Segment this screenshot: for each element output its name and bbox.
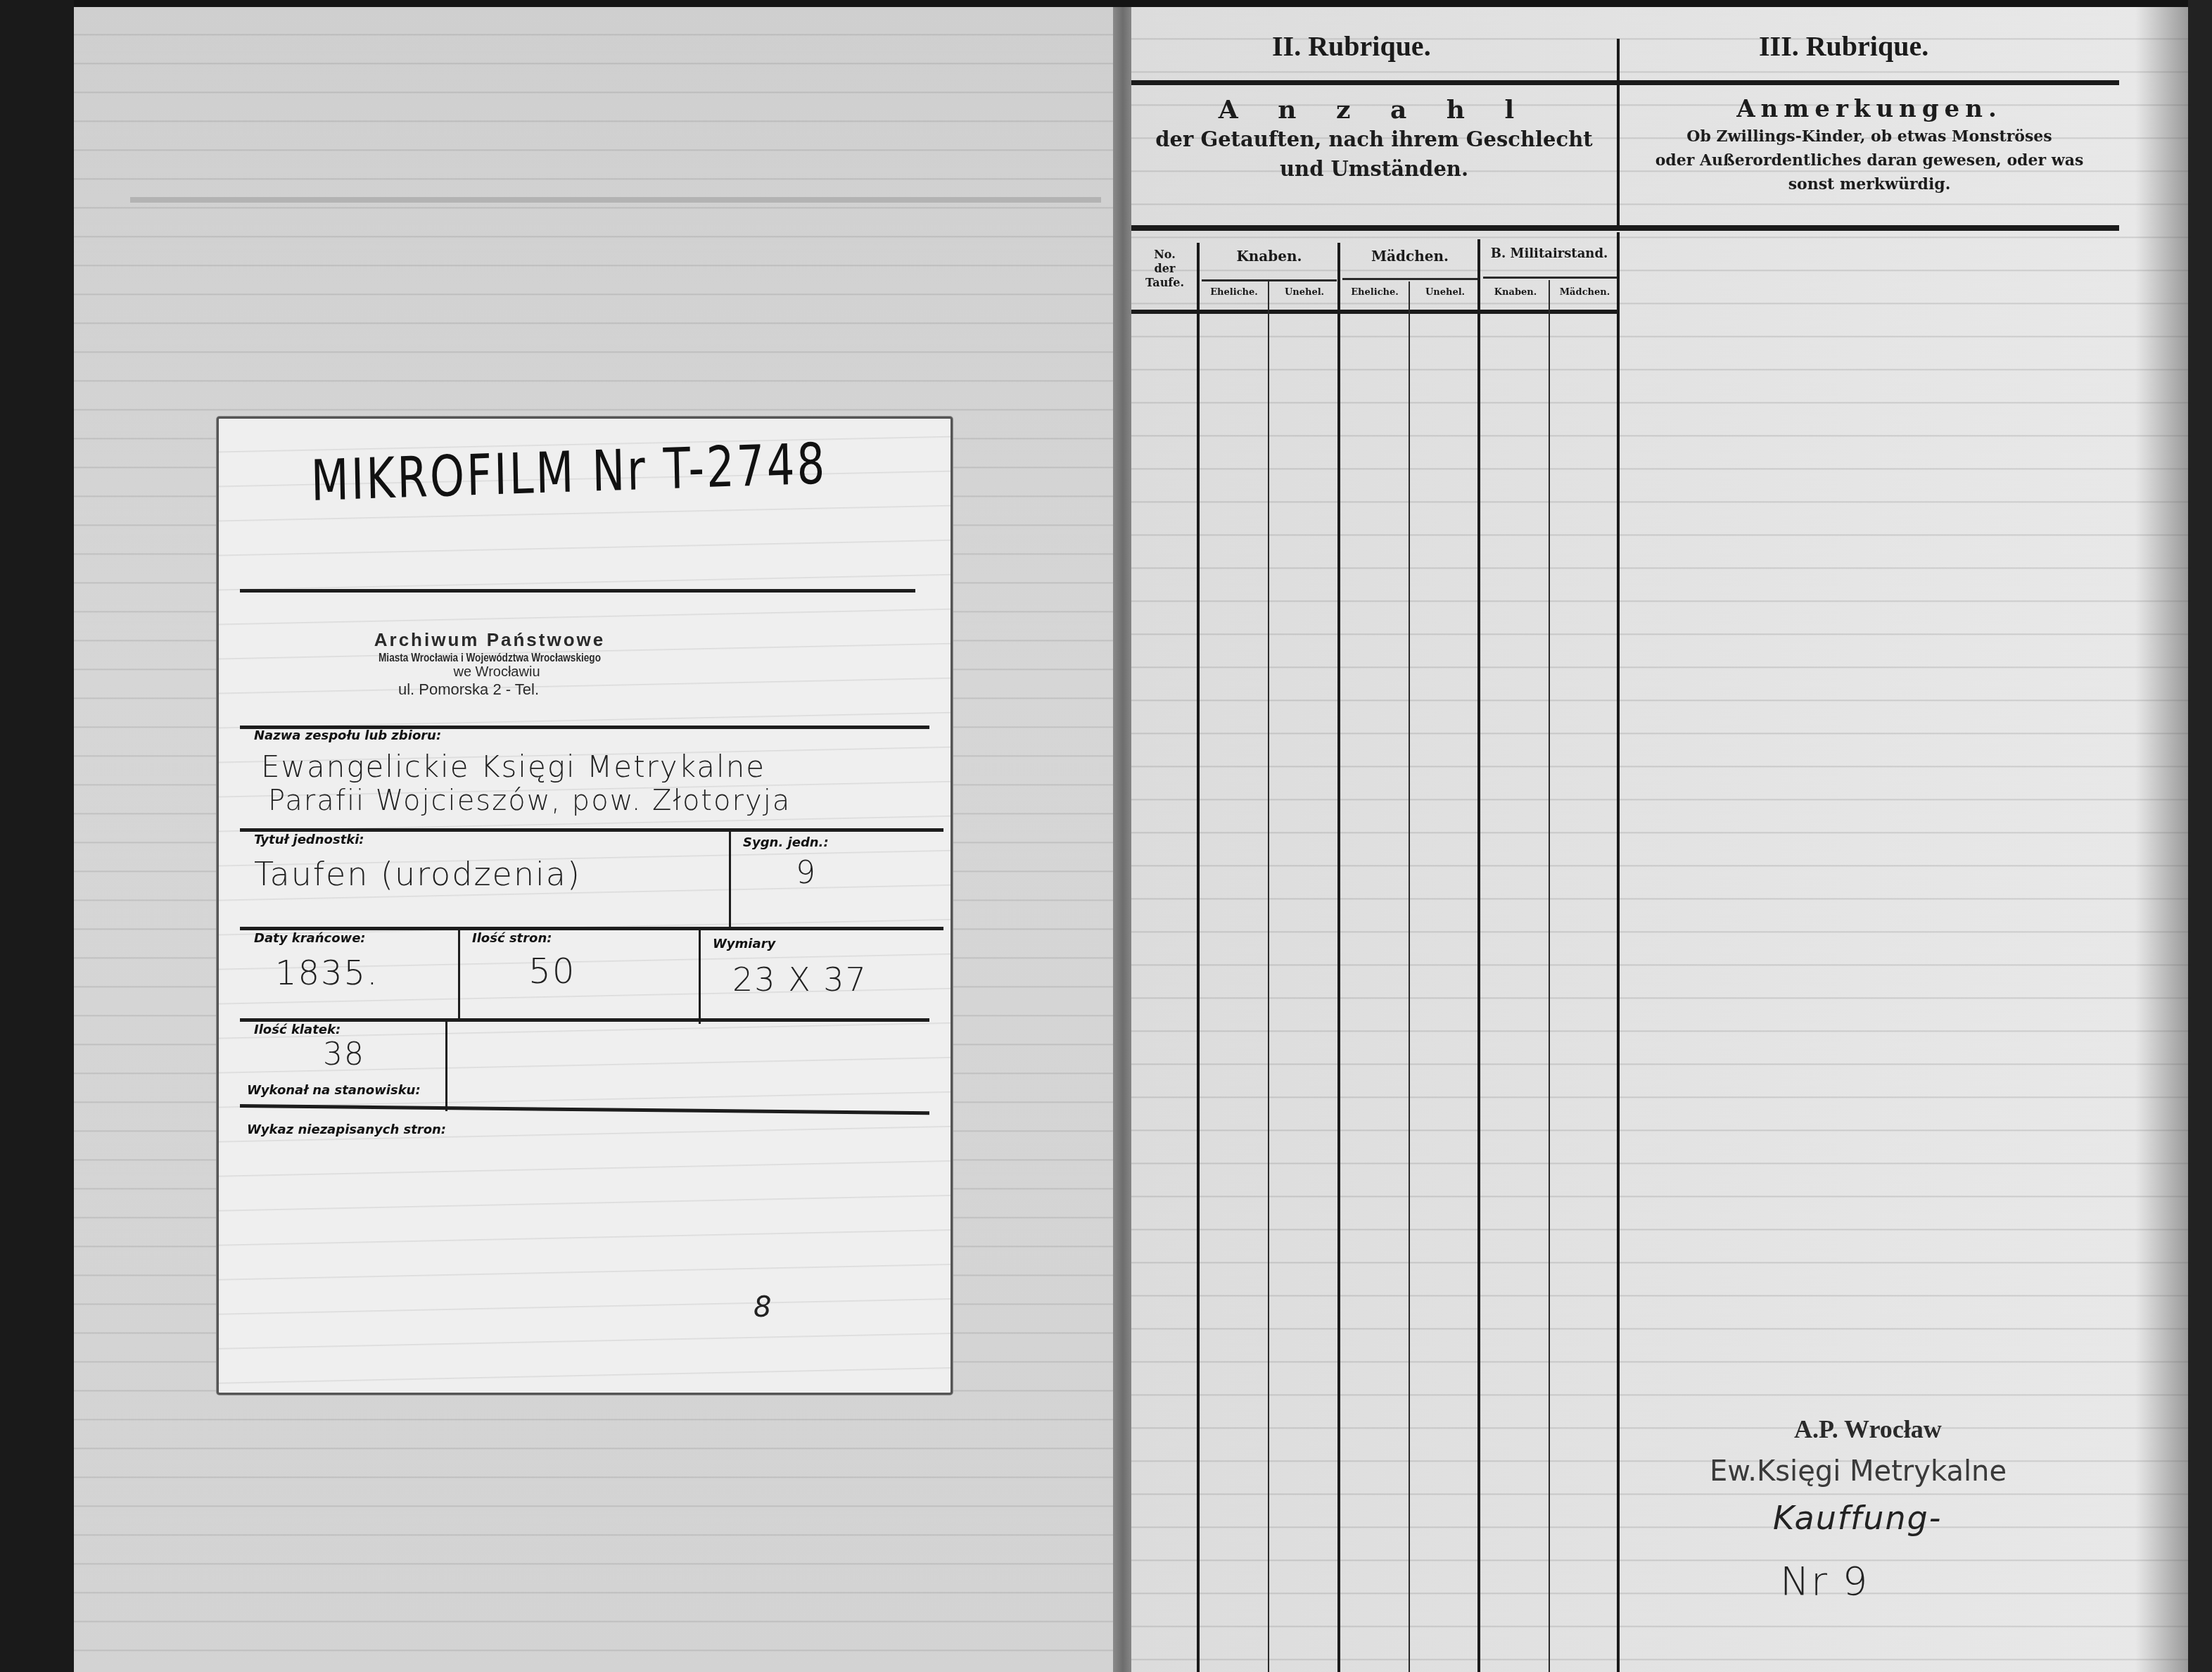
subheader-rule [1202,279,1337,281]
ap-stamp-line-2: Ew.Księgi Metrykalne [1710,1455,2007,1488]
rubrique-2-title: A n z a h l [1131,95,1617,125]
collection-name-label: Nazwa zespołu lub zbioru: [254,728,441,743]
table-column-line [1337,243,1340,1672]
militair-knaben-header: Knaben. [1481,287,1550,298]
rubrique-3-subtitle-2: oder Außerordentliches daran gewesen, od… [1620,151,2119,170]
card-rule [240,828,943,832]
table-column-line [1617,232,1620,1672]
card-divider [729,830,731,928]
knaben-eheliche-header: Eheliche. [1200,287,1269,298]
film-border-right [2188,0,2212,1672]
rubrique-2-subtitle-2: und Umständen. [1131,157,1617,181]
ap-stamp-line-4: Nr 9 [1780,1559,1869,1604]
maedchen-unehel-header: Unehel. [1411,287,1480,298]
stamp-line-2: Miasta Wrocławia i Województwa Wrocławsk… [341,651,639,665]
table-column-line [1477,239,1480,1672]
card-divider [445,1020,447,1111]
militair-maedchen-header: Mädchen. [1551,287,1618,298]
collection-name-value-1: Ewangelickie Księgi Metrykalne [261,749,765,784]
film-border-top [0,0,2212,7]
card-divider [699,928,701,1024]
signature-value: 9 [796,855,817,891]
dates-value: 1835. [275,954,379,993]
stamp-line-3: we Wrocławiu [317,664,676,680]
dates-label: Daty krańcowe: [254,931,366,946]
book-gutter [1113,7,1133,1672]
microfilm-card: MIKROFILM Nr T-2748 Archiwum Państwowe M… [217,417,953,1395]
film-border-left [0,0,74,1672]
knaben-unehel-header: Unehel. [1270,287,1339,298]
group-knaben-header: Knaben. [1200,248,1339,265]
rubrique-3-subtitle-3: sonst merkwürdig. [1620,175,2119,194]
card-rule [240,1104,929,1115]
header-rule [1131,80,2119,85]
archive-stamp: Archiwum Państwowe Miasta Wrocławia i Wo… [219,630,676,699]
made-by-label: Wykonał na stanowisku: [247,1083,421,1098]
stamp-line-4: ul. Pomorska 2 - Tel. [261,680,676,698]
microfilm-number-title: MIKROFILM Nr T-2748 [310,431,827,514]
col-no-line2: der [1131,262,1198,276]
rubrique-2-heading: II. Rubrique. [1272,30,1431,63]
ap-stamp-line-3: Kauffung- [1773,1499,1942,1537]
maedchen-eheliche-header: Eheliche. [1340,287,1409,298]
table-column-line [1409,281,1410,1672]
subheader-rule [1342,278,1477,280]
rubrique-2-description: A n z a h l der Getauften, nach ihrem Ge… [1131,95,1617,181]
unit-title-label: Tytuł jednostki: [254,832,364,847]
collection-name-value-2: Parafii Wojcieszów, pow. Złotoryja [268,785,791,817]
group-militairstand-header: B. Militairstand. [1480,246,1619,261]
table-header-bottom-rule [1131,310,1620,314]
rubrique-2-subtitle-1: der Getauften, nach ihrem Geschlecht [1131,127,1617,151]
faint-rule [130,197,1101,203]
margin-mark: 8 [754,1291,773,1324]
dimensions-value: 23 X 37 [732,961,867,999]
card-divider [458,928,460,1020]
frames-value: 38 [323,1037,365,1072]
card-rule [240,1018,929,1022]
rubrique-3-heading: III. Rubrique. [1759,30,1928,63]
unwritten-pages-label: Wykaz niezapisanych stron: [247,1122,446,1137]
rubrique-3-subtitle-1: Ob Zwillings-Kinder, ob etwas Monströses [1620,127,2119,146]
table-top-rule [1131,225,2119,231]
group-maedchen-header: Mädchen. [1340,248,1480,265]
ap-stamp-line-1: A.P. Wrocław [1794,1414,1942,1444]
subheader-rule [1483,277,1617,279]
pages-value: 50 [528,951,576,992]
card-rule [240,927,943,930]
frames-label: Ilość klatek: [254,1022,341,1037]
col-no-line3: Taufe. [1131,276,1198,290]
col-no-line1: No. [1131,248,1198,262]
col-no-header: No. der Taufe. [1131,248,1198,290]
table-column-line [1268,281,1269,1672]
stamp-line-1: Archiwum Państwowe [303,630,676,651]
unit-title-value: Taufen (urodzenia) [254,855,581,893]
pages-label: Ilość stron: [472,931,552,946]
rubrique-3-title: Anmerkungen. [1620,95,2119,123]
dimensions-label: Wymiary [713,937,775,951]
card-rule [240,589,915,593]
signature-label: Sygn. jedn.: [743,835,829,850]
rubrique-3-description: Anmerkungen. Ob Zwillings-Kinder, ob etw… [1620,95,2119,194]
table-column-line [1549,280,1550,1672]
table-column-line [1197,243,1200,1672]
